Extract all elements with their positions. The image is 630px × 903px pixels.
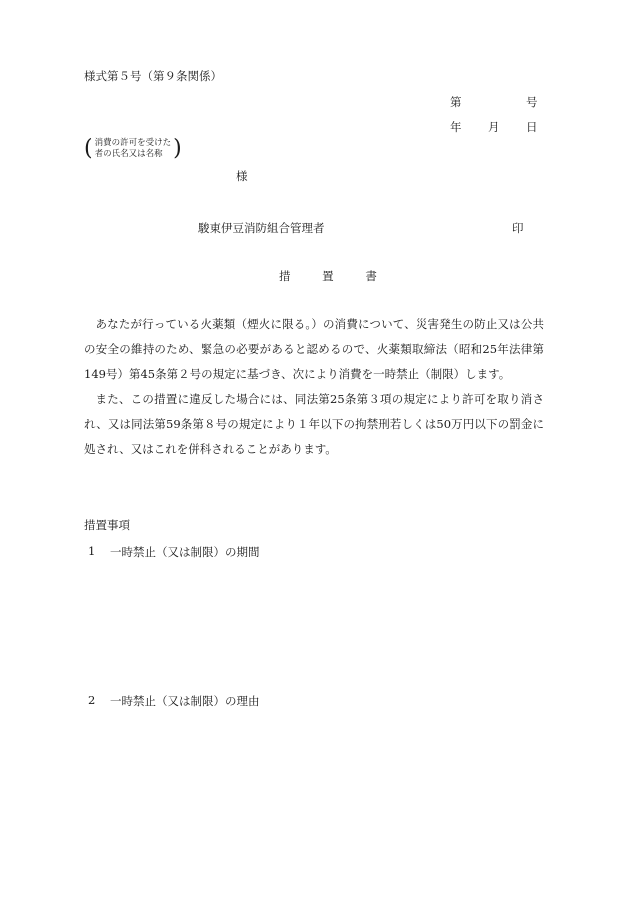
addressee-note-line-1: 消費の許可を受けた <box>95 138 172 149</box>
date-month-label: 月 <box>488 119 500 135</box>
item-label: 一時禁止（又は制限）の理由 <box>110 693 260 709</box>
section-heading: 措置事項 <box>84 517 130 533</box>
title-char-1: 措 <box>279 268 291 284</box>
seal-mark: 印 <box>512 220 524 236</box>
date-year-label: 年 <box>450 119 462 135</box>
addressee-note-line-2: 者の氏名又は名称 <box>95 149 172 160</box>
date-day-label: 日 <box>526 119 538 135</box>
honorific: 様 <box>236 168 248 184</box>
document-title: 措 置 書 <box>279 268 377 284</box>
paragraph-1: あなたが行っている火薬類（煙火に限る。）の消費について、災害発生の防止又は公共の… <box>84 312 544 387</box>
number-suffix: 号 <box>526 94 538 110</box>
measure-item-1: 1 一時禁止（又は制限）の期間 <box>88 544 260 560</box>
paragraph-2: また、この措置に違反した場合には、同法第25条第３項の規定により許可を取り消され… <box>84 387 544 462</box>
measure-item-2: 2 一時禁止（又は制限）の理由 <box>88 693 260 709</box>
issuer: 駿東伊豆消防組合管理者 <box>198 220 325 236</box>
close-paren: ) <box>173 138 182 160</box>
form-number: 様式第５号（第９条関係） <box>84 68 222 84</box>
title-char-3: 書 <box>365 268 377 284</box>
item-number: 2 <box>88 693 110 709</box>
number-prefix: 第 <box>450 94 462 110</box>
addressee-note-lines: 消費の許可を受けた 者の氏名又は名称 <box>95 138 172 160</box>
body-text: あなたが行っている火薬類（煙火に限る。）の消費について、災害発生の防止又は公共の… <box>84 312 544 462</box>
addressee-note: ( 消費の許可を受けた 者の氏名又は名称 ) <box>84 138 182 160</box>
item-label: 一時禁止（又は制限）の期間 <box>110 544 260 560</box>
title-char-2: 置 <box>322 268 334 284</box>
item-number: 1 <box>88 544 110 560</box>
open-paren: ( <box>84 138 93 160</box>
